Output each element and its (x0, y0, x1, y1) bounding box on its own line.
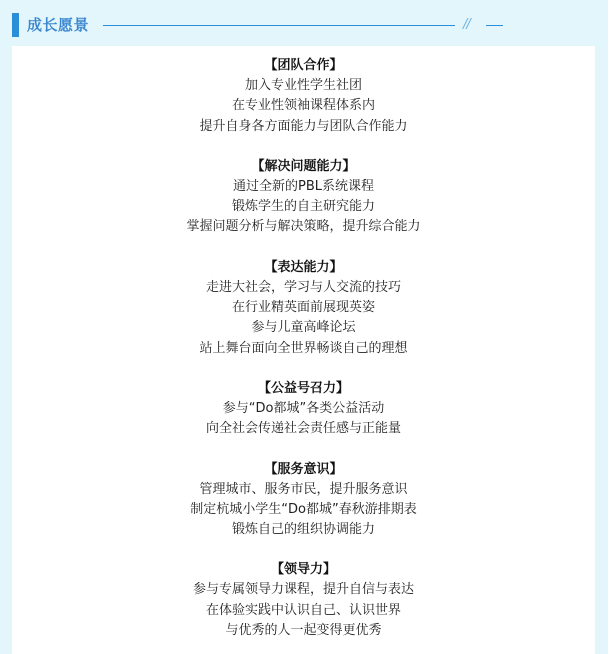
section-line: 参与“Do都城”各类公益活动 (12, 399, 595, 419)
section-heading: 【团队合作】 (12, 56, 595, 76)
section-heading: 【表达能力】 (12, 258, 595, 278)
section-heading: 【公益号召力】 (12, 379, 595, 399)
section-line: 管理城市、服务市民，提升服务意识 (12, 480, 595, 500)
growth-vision-panel: 成长愿景 // 【团队合作】 加入专业性学生社团 在专业性领袖课程体系内 提升自… (0, 0, 608, 654)
section-line: 向全社会传递社会责任感与正能量 (12, 419, 595, 439)
title-divider-line (103, 25, 455, 26)
section-line: 加入专业性学生社团 (12, 76, 595, 96)
section-line: 站上舞台面向全世界畅谈自己的理想 (12, 339, 595, 359)
section-line: 掌握问题分析与解决策略，提升综合能力 (12, 217, 595, 237)
section-line: 在体验实践中认识自己、认识世界 (12, 601, 595, 621)
section-public-welfare: 【公益号召力】 参与“Do都城”各类公益活动 向全社会传递社会责任感与正能量 (12, 379, 595, 440)
section-heading: 【领导力】 (12, 560, 595, 580)
section-problem-solving: 【解决问题能力】 通过全新的PBL系统课程 锻炼学生的自主研究能力 掌握问题分析… (12, 157, 595, 238)
section-line: 参与专属领导力课程，提升自信与表达 (12, 580, 595, 600)
section-leadership: 【领导力】 参与专属领导力课程，提升自信与表达 在体验实践中认识自己、认识世界 … (12, 560, 595, 641)
section-heading: 【解决问题能力】 (12, 157, 595, 177)
content-body: 【团队合作】 加入专业性学生社团 在专业性领袖课程体系内 提升自身各方面能力与团… (12, 56, 595, 654)
section-line: 通过全新的PBL系统课程 (12, 177, 595, 197)
section-line: 走进大社会，学习与人交流的技巧 (12, 278, 595, 298)
section-heading: 【服务意识】 (12, 460, 595, 480)
section-line: 提升自身各方面能力与团队合作能力 (12, 117, 595, 137)
section-service: 【服务意识】 管理城市、服务市民，提升服务意识 制定杭城小学生“Do都城”春秋游… (12, 460, 595, 541)
title-accent-bar (12, 13, 19, 37)
section-line: 参与儿童高峰论坛 (12, 318, 595, 338)
section-title: 成长愿景 (27, 14, 89, 36)
section-line: 制定杭城小学生“Do都城”春秋游排期表 (12, 500, 595, 520)
content-card: 【团队合作】 加入专业性学生社团 在专业性领袖课程体系内 提升自身各方面能力与团… (12, 46, 595, 654)
section-teamwork: 【团队合作】 加入专业性学生社团 在专业性领袖课程体系内 提升自身各方面能力与团… (12, 56, 595, 137)
section-line: 锻炼学生的自主研究能力 (12, 197, 595, 217)
section-line: 在行业精英面前展现英姿 (12, 298, 595, 318)
section-line: 在专业性领袖课程体系内 (12, 96, 595, 116)
section-expression: 【表达能力】 走进大社会，学习与人交流的技巧 在行业精英面前展现英姿 参与儿童高… (12, 258, 595, 359)
slash-decoration-icon: // (463, 16, 470, 34)
short-dash-decoration (486, 25, 503, 26)
section-line: 与优秀的人一起变得更优秀 (12, 621, 595, 641)
section-line: 锻炼自己的组织协调能力 (12, 520, 595, 540)
